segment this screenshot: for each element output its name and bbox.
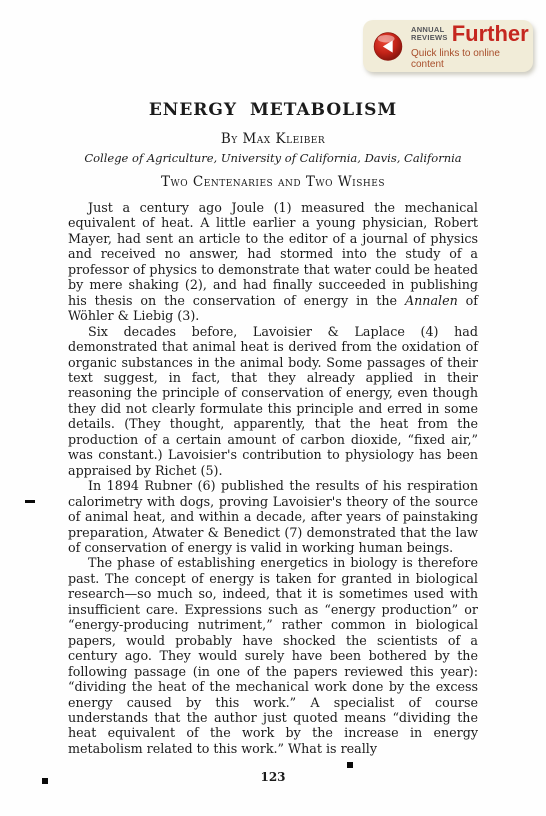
- badge-tagline: Quick links to online content: [411, 48, 529, 70]
- paragraph-1-text: Just a century ago Joule (1) measured th…: [68, 200, 478, 308]
- article-title: ENERGY METABOLISM: [68, 100, 478, 120]
- paragraph-4: The phase of establishing energetics in …: [68, 555, 478, 756]
- brand-line-reviews: REVIEWS: [411, 34, 448, 42]
- article-byline: By Max Kleiber: [68, 131, 478, 147]
- page-number: 123: [68, 770, 478, 784]
- badge-text-block: ANNUAL REVIEWS Further Quick links to on…: [411, 23, 529, 70]
- article-content: ENERGY METABOLISM By Max Kleiber College…: [68, 100, 478, 784]
- scan-artifact-square-right: [347, 762, 353, 768]
- annual-reviews-logo-text: ANNUAL REVIEWS: [411, 26, 448, 42]
- annual-reviews-further-badge[interactable]: ANNUAL REVIEWS Further Quick links to on…: [363, 20, 533, 72]
- margin-dash-mark: [25, 500, 35, 503]
- article-body: Just a century ago Joule (1) measured th…: [68, 200, 478, 756]
- paragraph-2: Six decades before, Lavoisier & Laplace …: [68, 324, 478, 479]
- further-wordmark: Further: [452, 23, 529, 45]
- journal-name-italic: Annalen: [405, 293, 458, 308]
- paragraph-1: Just a century ago Joule (1) measured th…: [68, 200, 478, 324]
- author-affiliation: College of Agriculture, University of Ca…: [68, 151, 478, 165]
- left-arrow-circle-icon: [373, 31, 403, 61]
- scan-artifact-square-left: [42, 778, 48, 784]
- journal-page: ANNUAL REVIEWS Further Quick links to on…: [0, 0, 546, 816]
- section-heading: Two Centenaries and Two Wishes: [68, 174, 478, 190]
- paragraph-3: In 1894 Rubner (6) published the results…: [68, 478, 478, 555]
